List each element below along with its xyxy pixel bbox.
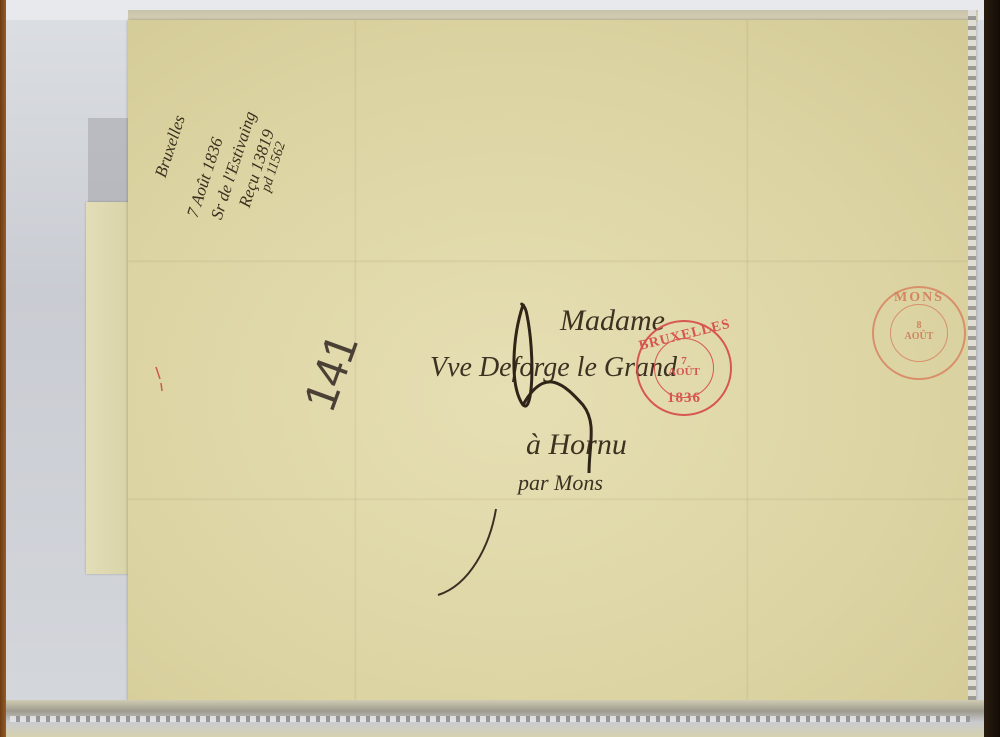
paper-stub: [86, 202, 134, 574]
postage-rate-mark-4: [505, 295, 615, 475]
postmark-month: AOÛT: [668, 366, 700, 378]
sleeve-perforation-bottom: [10, 716, 970, 722]
postmark-town: MONS: [874, 290, 964, 306]
postmark-date: 7AOÛT: [638, 356, 730, 378]
mons-postmark: MONS 8AOÛT: [872, 286, 966, 380]
postmark-day: 8: [917, 320, 922, 331]
red-crayon-mark: [152, 365, 166, 395]
bruxelles-postmark: BRUXELLES 7AOÛT 1836: [636, 320, 732, 416]
postmark-date: 8AOÛT: [874, 320, 964, 342]
postmark-month: AOÛT: [905, 331, 934, 342]
ink-curve-mark: [430, 505, 510, 605]
docket-line: Bruxelles: [151, 113, 190, 180]
docket-notation: Bruxelles 7 Août 1836 Sr de l'Estivaing …: [150, 40, 320, 210]
photo-scene: Bruxelles 7 Août 1836 Sr de l'Estivaing …: [0, 0, 1000, 737]
sleeve-perforation-right: [968, 10, 976, 710]
sleeve-shadow: [88, 118, 128, 208]
postmark-year: 1836: [638, 390, 730, 407]
dark-edge-right: [984, 0, 1000, 737]
